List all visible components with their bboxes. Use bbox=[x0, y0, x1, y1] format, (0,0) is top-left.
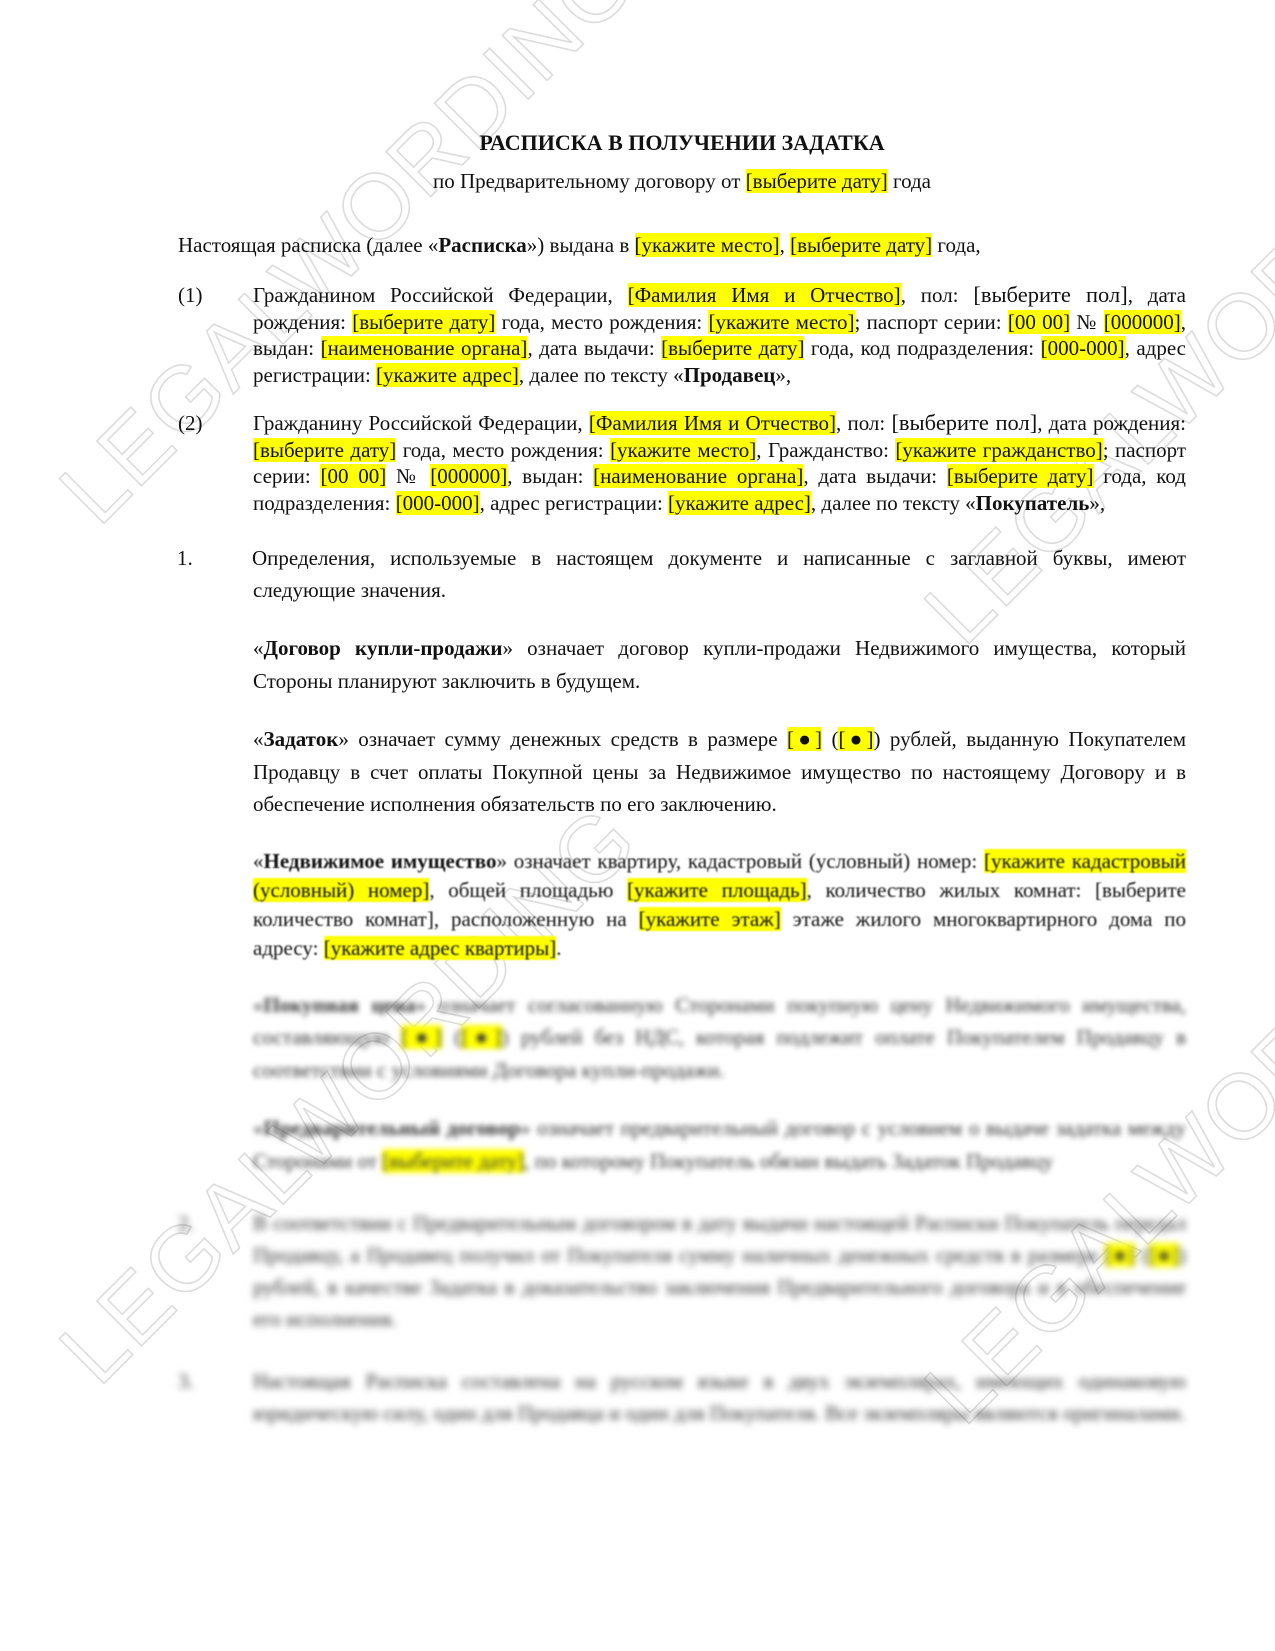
placeholder-amount-words[interactable]: [●] bbox=[461, 1025, 502, 1049]
placeholder-citizenship[interactable]: [укажите гражданство] bbox=[895, 438, 1102, 462]
party-buyer: (2) Гражданину Российской Федерации, [Фа… bbox=[178, 410, 1186, 516]
defined-term: Покупатель bbox=[976, 491, 1090, 515]
defined-term: Задаток bbox=[264, 727, 339, 751]
placeholder-address[interactable]: [укажите адрес] bbox=[376, 363, 519, 387]
party-number: (2) bbox=[178, 410, 253, 516]
placeholder-issuer[interactable]: [наименование органа] bbox=[593, 464, 803, 488]
document-body: РАСПИСКА В ПОЛУЧЕНИИ ЗАДАТКА по Предвари… bbox=[178, 128, 1186, 1429]
defined-term: Расписка bbox=[438, 233, 526, 257]
clause-number: 1. bbox=[215, 542, 252, 574]
placeholder-birth-date[interactable]: [выберите дату] bbox=[253, 438, 396, 462]
defined-term: Продавец bbox=[684, 363, 776, 387]
placeholder-floor[interactable]: [укажите этаж] bbox=[639, 907, 781, 931]
party-seller: (1) Гражданином Российской Федерации, [Ф… bbox=[178, 282, 1186, 388]
placeholder-amount[interactable]: [●] bbox=[787, 727, 822, 751]
clause-text: В соответствии с Предварительным договор… bbox=[253, 1207, 1186, 1335]
clause-number: 2. bbox=[178, 1207, 253, 1335]
placeholder-birth-date[interactable]: [выберите дату] bbox=[352, 310, 495, 334]
clause-1: 1.Определения, используемые в настоящем … bbox=[178, 542, 1186, 606]
placeholder-fio[interactable]: [Фамилия Имя и Отчество] bbox=[589, 411, 836, 435]
placeholder-place[interactable]: [укажите место] bbox=[635, 233, 780, 257]
placeholder-amount[interactable]: [●] bbox=[1105, 1243, 1135, 1267]
definition-preliminary: «Предварительный договор» означает предв… bbox=[253, 1112, 1186, 1177]
placeholder-address[interactable]: [укажите адрес] bbox=[668, 491, 811, 515]
defined-term: Договор купли-продажи bbox=[264, 636, 503, 660]
placeholder-passport-number[interactable]: [000000] bbox=[430, 464, 507, 488]
clause-text: Определения, используемые в настоящем до… bbox=[252, 546, 1186, 602]
placeholder-date[interactable]: [выберите дату] bbox=[382, 1149, 524, 1173]
placeholder-birth-place[interactable]: [укажите место] bbox=[610, 438, 756, 462]
party-text: Гражданину Российской Федерации, [Фамили… bbox=[253, 410, 1186, 516]
document-title: РАСПИСКА В ПОЛУЧЕНИИ ЗАДАТКА bbox=[178, 128, 1186, 158]
clause-text: Настоящая Расписка составлена на русском… bbox=[253, 1365, 1186, 1429]
defined-term: Предварительный договор bbox=[264, 1116, 521, 1140]
placeholder-date[interactable]: [выберите дату] bbox=[790, 233, 932, 257]
placeholder-division-code[interactable]: [000-000] bbox=[1041, 336, 1125, 360]
intro-paragraph: Настоящая расписка (далее «Расписка») вы… bbox=[178, 230, 1186, 260]
placeholder-birth-place[interactable]: [укажите место] bbox=[708, 310, 854, 334]
definitions-list: «Договор купли-продажи» означает договор… bbox=[178, 632, 1186, 1177]
defined-term: Покупная цена bbox=[264, 993, 416, 1017]
placeholder-division-code[interactable]: [000-000] bbox=[396, 491, 480, 515]
placeholder-amount[interactable]: [●] bbox=[401, 1025, 442, 1049]
placeholder-amount-words[interactable]: [●] bbox=[1149, 1243, 1179, 1267]
placeholder-passport-number[interactable]: [000000] bbox=[1104, 310, 1181, 334]
clause-number: 3. bbox=[178, 1365, 253, 1429]
placeholder-date[interactable]: [выберите дату] bbox=[746, 169, 888, 193]
placeholder-issue-date[interactable]: [выберите дату] bbox=[947, 464, 1094, 488]
placeholder-area[interactable]: [укажите площадь] bbox=[627, 878, 807, 902]
definition-contract: «Договор купли-продажи» означает договор… bbox=[253, 632, 1186, 697]
placeholder-amount-words[interactable]: [●] bbox=[838, 727, 873, 751]
definition-property: «Недвижимое имущество» означает квартиру… bbox=[253, 847, 1186, 963]
party-text: Гражданином Российской Федерации, [Фамил… bbox=[253, 282, 1186, 388]
placeholder-issue-date[interactable]: [выберите дату] bbox=[661, 336, 804, 360]
placeholder-issuer[interactable]: [наименование органа] bbox=[321, 336, 528, 360]
clause-3: 3. Настоящая Расписка составлена на русс… bbox=[178, 1365, 1186, 1429]
clause-2: 2. В соответствии с Предварительным дого… bbox=[178, 1207, 1186, 1335]
definition-deposit: «Задаток» означает сумму денежных средст… bbox=[253, 723, 1186, 821]
placeholder-passport-series[interactable]: [00 00] bbox=[1008, 310, 1070, 334]
placeholder-gender[interactable]: [выберите пол] bbox=[973, 282, 1127, 307]
placeholder-flat-address[interactable]: [укажите адрес квартиры] bbox=[324, 936, 557, 960]
placeholder-fio[interactable]: [Фамилия Имя и Отчество] bbox=[628, 283, 901, 307]
document-page: LEGALWORDING LEGALWORDING LEGALWORDING L… bbox=[0, 0, 1275, 1651]
defined-term: Недвижимое имущество bbox=[264, 849, 497, 873]
party-number: (1) bbox=[178, 282, 253, 388]
definition-price: «Покупная цена» означает согласованную С… bbox=[253, 989, 1186, 1087]
placeholder-passport-series[interactable]: [00 00] bbox=[320, 464, 386, 488]
document-subtitle: по Предварительному договору от [выберит… bbox=[178, 166, 1186, 196]
placeholder-gender[interactable]: [выберите пол] bbox=[891, 410, 1037, 435]
